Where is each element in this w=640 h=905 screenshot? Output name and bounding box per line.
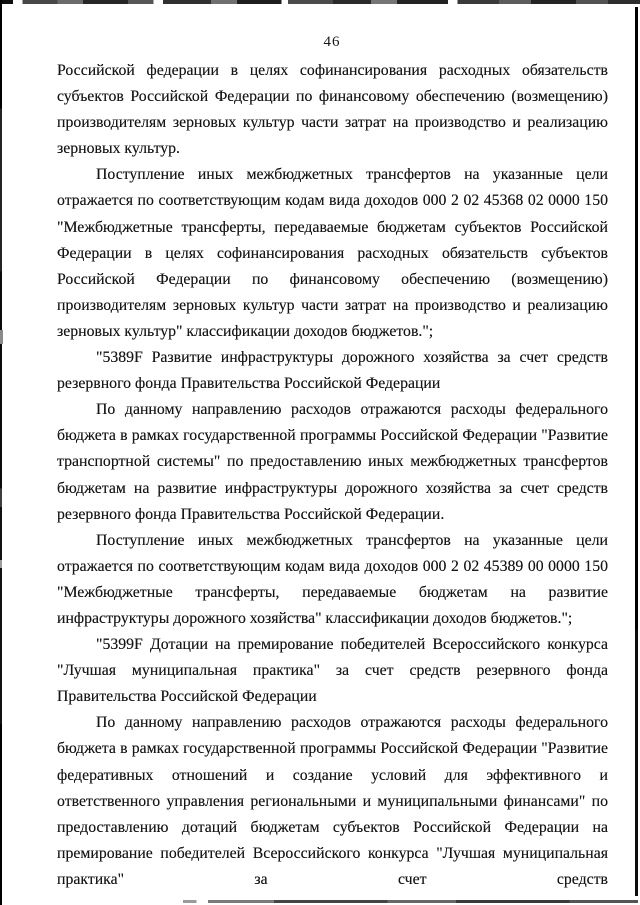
paragraph-heading-5389F: "5389F Развитие инфраструктуры дорожного…: [57, 345, 608, 397]
scan-artifact-bottom-line: [183, 900, 638, 903]
scanned-document-page: 46 Российской федерации в целях софинанс…: [0, 0, 640, 905]
paragraph-description-5389F: По данному направлению расходов отражают…: [57, 397, 608, 527]
document-body: Российской федерации в целях софинансиро…: [57, 58, 608, 893]
scan-artifact-right-line: [635, 7, 638, 896]
paragraph-continuation: Российской федерации в целях софинансиро…: [57, 58, 608, 162]
page-number: 46: [22, 34, 640, 51]
paragraph-income-code-45389: Поступление иных межбюджетных трансферто…: [57, 528, 608, 632]
scan-artifact-top-line: [0, 0, 640, 4]
paragraph-description-5399F: По данному направлению расходов отражают…: [57, 710, 608, 893]
paragraph-income-code-45368: Поступление иных межбюджетных трансферто…: [57, 162, 608, 345]
scan-speck: [0, 560, 2, 568]
scan-artifact-left-line: [0, 0, 2, 905]
scan-speck: [0, 330, 3, 344]
paragraph-heading-5399F: "5399F Дотации на премирование победител…: [57, 632, 608, 710]
